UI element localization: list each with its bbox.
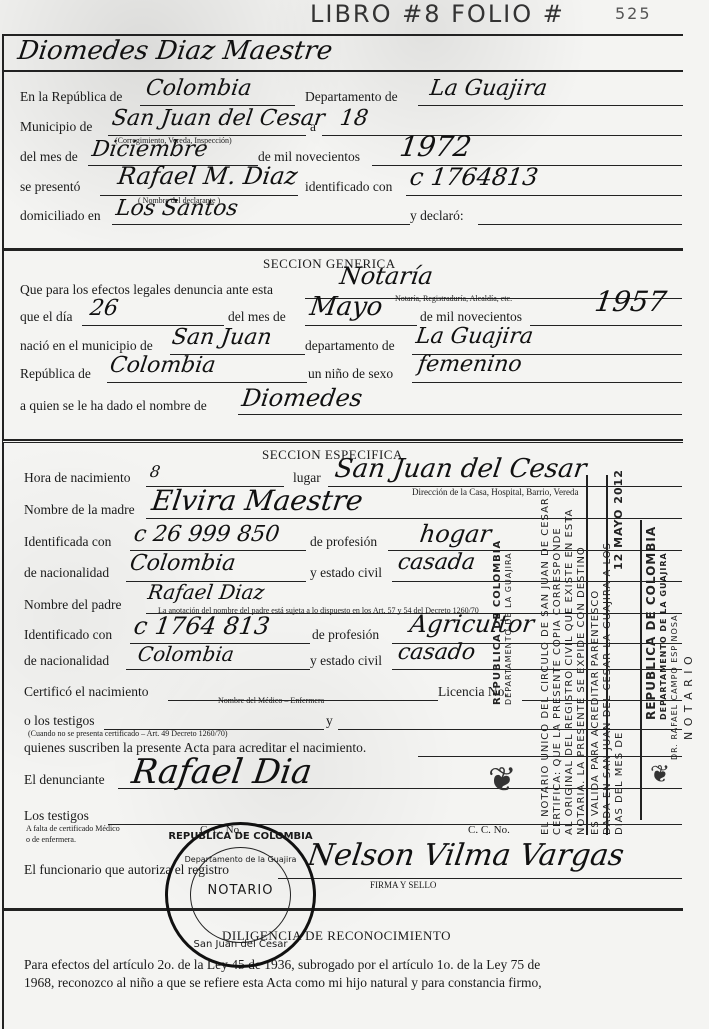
father-civil-line <box>392 669 682 670</box>
birth-month-value: Mayo <box>308 292 385 322</box>
birth-year-value: 1957 <box>593 285 669 318</box>
department-value: La Guajira <box>428 76 549 101</box>
country-value: Colombia <box>108 353 217 378</box>
sex-value: femenino <box>416 352 523 377</box>
father-profession-value: Agricultor <box>408 610 536 638</box>
stamp-strip-5: AL ORIGINAL DEL REGISTRO CIVIL QUE EXIST… <box>564 509 575 835</box>
department-label: Departamento de <box>305 89 398 105</box>
mother-id-value: c 26 999 850 <box>132 522 281 547</box>
seal-bottom-ring: San Juan del Cesar <box>168 939 313 950</box>
month-value: Diciembre <box>90 137 209 162</box>
official-line <box>278 878 682 879</box>
seal-center: NOTARIO <box>168 883 313 898</box>
denunciant-signature: Rafael Dia <box>129 752 314 792</box>
notary-strip-4: N O T A R I O <box>682 655 695 740</box>
mother-nationality-value: Colombia <box>128 551 237 576</box>
signature-hint: FIRMA Y SELLO <box>370 880 436 890</box>
place-value: San Juan del Cesar <box>333 454 588 484</box>
seal-inner-ring-text: Departamento de la Guajira <box>168 855 313 864</box>
stamp-strip-2: DEPARTAMENTO DE LA GUAJIRA <box>504 552 513 705</box>
mother-civil-label: y estado civil <box>310 565 382 581</box>
notary-strip-1: REPUBLICA DE COLOMBIA <box>644 526 658 720</box>
given-name-line <box>238 414 682 415</box>
mother-label: Nombre de la madre <box>24 502 135 518</box>
authority-value: Notaría <box>338 262 435 290</box>
registrant-full-name: Diomedes Diaz Maestre <box>16 36 334 66</box>
residence-value: Los Santos <box>114 196 239 221</box>
residence-label: domiciliado en <box>20 208 101 224</box>
father-civil-label: y estado civil <box>310 653 382 669</box>
certified-label: Certificó el nacimiento <box>24 684 148 700</box>
recognition-text-1: Para efectos del artículo 2o. de la Ley … <box>24 957 540 973</box>
year-value: 1972 <box>398 130 474 163</box>
place-hint: Dirección de la Casa, Hospital, Barrio, … <box>412 487 579 497</box>
birth-hour-label: Hora de nacimiento <box>24 470 130 486</box>
father-id-value: c 1764 813 <box>132 612 272 640</box>
notary-strip-3: DR. RAFAEL CAMPO ESPINOSA <box>670 614 679 760</box>
mother-civil-value: casada <box>396 550 477 575</box>
witnesses-label: o los testigos <box>24 713 95 729</box>
notary-seal: REPUBLICA DE COLOMBIA Departamento de la… <box>165 822 316 968</box>
registrant-name-box: Diomedes Diaz Maestre <box>2 34 683 72</box>
recognition-text-2: 1968, reconozco al niño a que se refiere… <box>24 975 542 991</box>
residence-line <box>112 224 410 225</box>
mother-id-label: Identificada con <box>24 534 111 550</box>
sex-label: un niño de sexo <box>308 366 393 382</box>
id-label: identificado con <box>305 179 392 195</box>
certified-hint: Nombre del Médico – Enfermera <box>218 696 324 705</box>
mother-line <box>146 518 682 519</box>
father-nationality-label: de nacionalidad <box>24 653 109 669</box>
father-profession-label: de profesión <box>312 627 379 643</box>
coat-of-arms-icon: ❦ <box>488 760 517 800</box>
seal-top-ring: REPUBLICA DE COLOMBIA <box>168 831 313 842</box>
father-id-label: Identificado con <box>24 627 112 643</box>
given-name-label: a quien se le ha dado el nombre de <box>20 398 207 414</box>
sex-line <box>412 382 682 383</box>
declarant-value: Rafael M. Diaz <box>116 162 299 190</box>
declarant-label: se presentó <box>20 179 80 195</box>
republic-value: Colombia <box>144 76 253 101</box>
declared-label: y declaró: <box>410 208 464 224</box>
stamp-strip-3: EL NOTARIO UNICO DEL CIRCULO DE SAN JUAN… <box>540 497 551 835</box>
official-signature: Nelson Vilma Vargas <box>306 838 627 873</box>
father-value: Rafael Diaz <box>146 580 266 604</box>
birth-department-label: departamento de <box>305 338 395 354</box>
id-line <box>406 195 682 196</box>
witness-2-line <box>338 729 682 730</box>
father-label: Nombre del padre <box>24 597 121 613</box>
stamp-strip-4: CERTIFICA: QUE LA PRESENTE COPIA CORRESP… <box>552 527 563 835</box>
day-label: a <box>310 119 316 135</box>
country-line <box>107 382 307 383</box>
country-label: República de <box>20 366 91 382</box>
authority-hint: Notaría, Registraduría, Alcaldía, etc. <box>395 294 512 303</box>
municipality-label: Municipio de <box>20 119 92 135</box>
father-nationality-value: Colombia <box>136 642 235 666</box>
witness2-label: Los testigos <box>24 808 89 824</box>
day-line <box>322 135 682 136</box>
birth-municipality-value: San Juan <box>170 325 273 350</box>
stamp-border-right <box>640 520 642 820</box>
birth-department-value: La Guajira <box>414 324 535 349</box>
department-line <box>418 105 683 106</box>
stamp-strip-6: NOTARIA. LA PRESENTE SE EXPIDE CON DESTI… <box>576 546 587 835</box>
folio-number: 525 <box>615 4 652 23</box>
birth-day-value: 26 <box>88 296 120 321</box>
stamp-strip-8: DADA EN SAN JUAN DEL CESAR LA GUAJIRA A … <box>602 542 613 835</box>
date-stamp: 12 MAYO 2012 <box>612 469 625 570</box>
stamp-strip-9: DIAS DEL MES DE <box>614 732 625 835</box>
cc-label-2: C. C. No. <box>468 824 510 836</box>
stamp-strip-7: ES VALIDA PARA ACREDITAR PARENTESCO <box>590 590 601 835</box>
birth-day-label: que el día <box>20 309 72 325</box>
notary-strip-2: DEPARTAMENTO DE LA GUAJIRA <box>659 552 668 720</box>
municipality-value: San Juan del Cesar <box>110 106 326 131</box>
father-nationality-line <box>126 669 310 670</box>
birth-month-line <box>305 325 417 326</box>
republic-label: En la República de <box>20 89 122 105</box>
mother-civil-line <box>392 581 682 582</box>
witnesses-hint: (Cuando no se presenta certificado – Art… <box>28 729 228 738</box>
mother-value: Elvira Maestre <box>150 484 365 517</box>
father-civil-value: casado <box>396 640 477 665</box>
book-folio-note: LIBRO #8 FOLIO # <box>310 0 565 28</box>
authority-label: Que para los efectos legales denuncia an… <box>20 282 273 298</box>
mother-profession-value: hogar <box>418 520 493 548</box>
declared-line <box>478 224 682 225</box>
birth-year-label: de mil novecientos <box>420 309 522 325</box>
witness2-hint-2: o de enfermera. <box>26 835 76 844</box>
month-label: del mes de <box>20 149 78 165</box>
birth-year-line <box>530 325 682 326</box>
day-value: 18 <box>338 106 370 131</box>
stamp-strip-1: REPUBLICA DE COLOMBIA <box>492 540 503 705</box>
birth-municipality-label: nació en el municipio de <box>20 338 153 354</box>
mother-nationality-label: de nacionalidad <box>24 565 109 581</box>
id-value: c 1764813 <box>408 163 540 191</box>
witnesses-and: y <box>326 713 333 729</box>
coat-of-arms-icon-2: ❦ <box>650 760 670 789</box>
denunciant-label: El denunciante <box>24 772 105 788</box>
birth-month-label: del mes de <box>228 309 286 325</box>
witness2-hint-1: A falta de certificado Médico <box>26 824 120 833</box>
mother-profession-label: de profesión <box>310 534 377 550</box>
given-name-value: Diomedes <box>240 384 364 412</box>
